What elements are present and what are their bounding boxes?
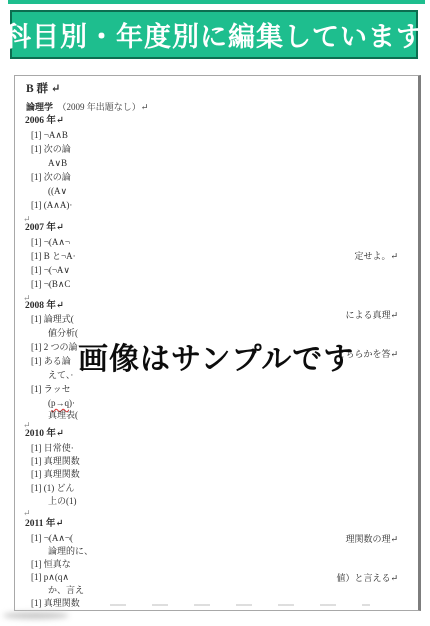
doc-line-item: [1] ¬(B∧C (31, 279, 70, 289)
red-squiggle-term: p→q (51, 398, 69, 408)
doc-line-item: [1] 真理関数 (31, 598, 80, 608)
banner-title: 科目別・年度別に編集しています (4, 15, 424, 54)
doc-line-year: 2011 年↵ (25, 519, 63, 529)
subject-name: 論理学 (26, 102, 53, 112)
doc-line-item: [1] B と¬A· (31, 251, 76, 261)
doc-line-year: 2007 年↵ (25, 223, 64, 233)
doc-line-item: [1] (A∧A)· (31, 200, 72, 210)
scan-artifact-dashes (110, 604, 370, 606)
doc-subject-line: 論理学 （2009 年出題なし）↵ (26, 102, 148, 112)
doc-line-item: [1] 日常使· (31, 443, 74, 453)
doc-line-continuation: 上の(1) (48, 496, 77, 506)
right-note: による真理↵ (345, 310, 398, 320)
doc-line-item: [1] ¬(A∧¬ (31, 237, 70, 247)
doc-line-continuation: 真理表( (48, 410, 78, 420)
doc-line-squiggle: (p→q)· (48, 398, 75, 408)
doc-line-item: [1] (1) どん (31, 483, 75, 493)
doc-line-item: [1] 恒真な (31, 559, 71, 569)
doc-line-item: [1] p∧(q∧ (31, 572, 69, 582)
right-note: 値）と言える↵ (336, 573, 398, 583)
doc-line-item: [1] 真理関数 (31, 456, 80, 466)
doc-line-continuation: か、言え (48, 585, 84, 595)
doc-line-item: [1] ¬A∧B (31, 130, 68, 140)
doc-line-continuation: A∨B (48, 158, 67, 168)
subject-note: （2009 年出題なし）↵ (53, 102, 148, 112)
doc-line-item: [1] 論理式( (31, 314, 74, 324)
right-note: 理関数の理↵ (345, 534, 398, 544)
doc-line-item: [1] 2 つの論 (31, 342, 78, 352)
watermark-text: 画像はサンプルです (78, 334, 354, 378)
doc-line-item: [1] 次の論 (31, 144, 71, 154)
header-banner: 科目別・年度別に編集しています (10, 10, 418, 59)
doc-line-year: 2006 年↵ (25, 116, 64, 126)
doc-line-year: 2010 年↵ (25, 429, 64, 439)
doc-line-year: 2008 年↵ (25, 301, 64, 311)
doc-line-item: [1] ラッセ (31, 384, 71, 394)
document-page: B 群 ↵ 論理学 （2009 年出題なし）↵ 2006 年↵ [1] ¬A∧B… (14, 75, 421, 611)
doc-line-item: [1] 次の論 (31, 172, 71, 182)
doc-line-item: [1] ¬(A∧¬( (31, 533, 73, 543)
doc-line-item: [1] ¬(¬A∨ (31, 265, 70, 275)
squiggle-post: )· (69, 398, 75, 408)
top-green-strip (8, 0, 425, 4)
doc-group-title: B 群 ↵ (26, 84, 61, 94)
doc-line-continuation: 値分析( (48, 328, 78, 338)
doc-line-blank: ↵ (23, 508, 31, 518)
doc-line-continuation: 論理的に、 (48, 546, 93, 556)
right-note: 定せよ。↵ (354, 251, 398, 261)
doc-line-item: [1] 真理関数 (31, 469, 80, 479)
doc-line-continuation: えて、· (48, 370, 73, 380)
doc-line-item: [1] ある論 (31, 356, 71, 366)
page-shadow (3, 612, 69, 619)
screenshot-root: 科目別・年度別に編集しています B 群 ↵ 論理学 （2009 年出題なし）↵ … (0, 0, 430, 626)
doc-line-continuation: ((A∨ (48, 186, 67, 196)
